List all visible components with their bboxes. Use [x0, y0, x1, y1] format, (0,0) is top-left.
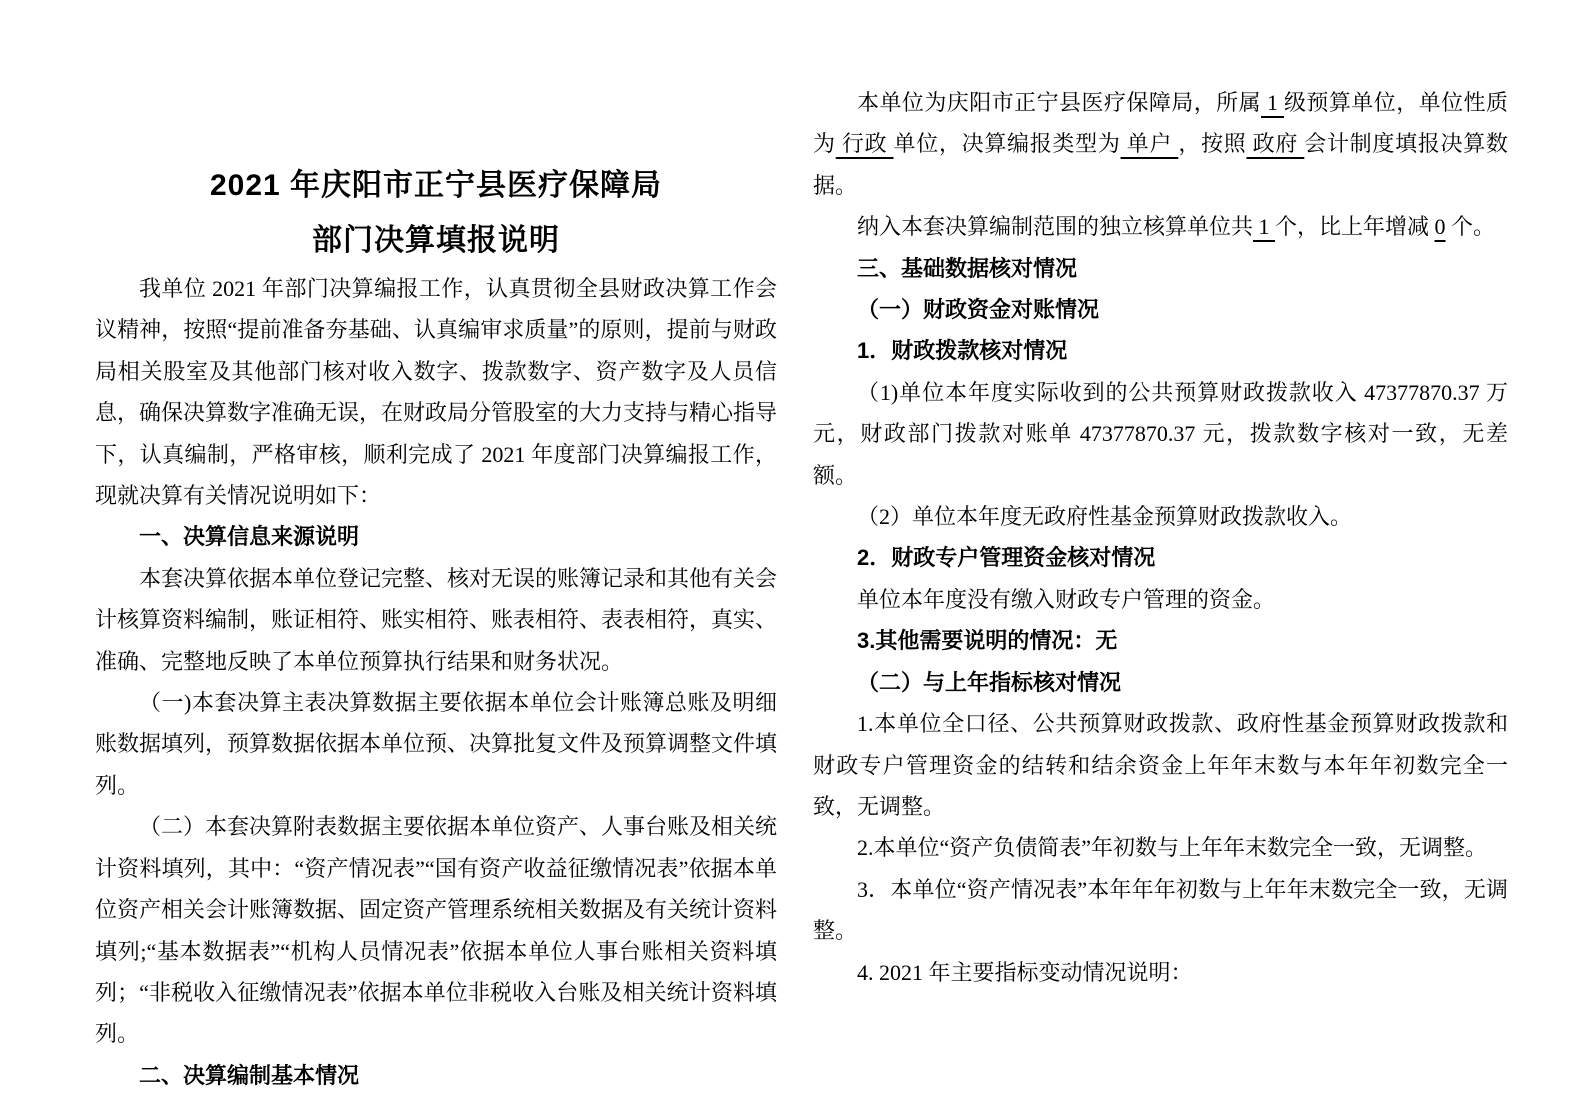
underlined-value-accounting-system: 政府: [1246, 131, 1304, 156]
subheading-fiscal-check: 1．财政拨款核对情况: [813, 330, 1508, 371]
text-segment: 纳入本套决算编制范围的独立核算单位共: [857, 214, 1253, 239]
subsection-heading-3-2: （二）与上年指标核对情况: [813, 662, 1508, 703]
fiscal-paragraph-1: （1)单位本年度实际收到的公共预算财政拨款收入 47377870.37 万元，财…: [813, 372, 1508, 496]
prev-year-paragraph-2: 2.本单位“资产负债简表”年初数与上年年末数完全一致，无调整。: [813, 827, 1508, 868]
text-segment: 本单位为庆阳市正宁县医疗保障局，所属: [857, 90, 1261, 115]
scope-paragraph: 纳入本套决算编制范围的独立核算单位共 1 个，比上年增减 0 个。: [813, 206, 1508, 247]
unit-info-paragraph: 本单位为庆阳市正宁县医疗保障局，所属 1 级预算单位，单位性质为 行政 单位，决…: [813, 82, 1508, 206]
source-paragraph-1: 本套决算依据本单位登记完整、核对无误的账簿记录和其他有关会计核算资料编制，账证相…: [95, 558, 777, 682]
subsection-heading-3-1: （一）财政资金对账情况: [813, 289, 1508, 330]
prev-year-paragraph-1: 1.本单位全口径、公共预算财政拨款、政府性基金预算财政拨款和财政专户管理资金的结…: [813, 703, 1508, 827]
intro-paragraph: 我单位 2021 年部门决算编报工作，认真贯彻全县财政决算工作会议精神，按照“提…: [95, 268, 777, 516]
underlined-value-report-type: 单户: [1121, 131, 1179, 156]
source-paragraph-3: （二）本套决算附表数据主要依据本单位资产、人事台账及相关统计资料填列，其中：“资…: [95, 806, 777, 1054]
text-segment: ，按照: [1178, 131, 1246, 156]
subheading-special-account: 2．财政专户管理资金核对情况: [813, 537, 1508, 578]
prev-year-paragraph-4: 4. 2021 年主要指标变动情况说明：: [813, 952, 1508, 993]
document-page: 2021 年庆阳市正宁县医疗保障局 部门决算填报说明 我单位 2021 年部门决…: [0, 0, 1588, 1108]
prev-year-paragraph-3: 3．本单位“资产情况表”本年年年初数与上年年末数完全一致，无调整。: [813, 869, 1508, 952]
source-paragraph-2: （一)本套决算主表决算数据主要依据本单位会计账簿总账及明细账数据填列，预算数据依…: [95, 682, 777, 806]
underlined-value-nature: 行政: [836, 131, 894, 156]
right-column: 本单位为庆阳市正宁县医疗保障局，所属 1 级预算单位，单位性质为 行政 单位，决…: [813, 82, 1508, 993]
fiscal-paragraph-2: （2）单位本年度无政府性基金预算财政拨款收入。: [813, 496, 1508, 537]
underlined-value-unit-count: 1: [1253, 214, 1275, 239]
section-heading-2: 二、决算编制基本情况: [95, 1055, 777, 1096]
section-heading-1: 一、决算信息来源说明: [95, 516, 777, 557]
underlined-value-level: 1: [1261, 90, 1284, 115]
document-title-line1: 2021 年庆阳市正宁县医疗保障局: [95, 158, 777, 213]
underlined-value-change-count: 0: [1435, 214, 1446, 239]
left-column: 2021 年庆阳市正宁县医疗保障局 部门决算填报说明 我单位 2021 年部门决…: [95, 158, 777, 1096]
subheading-other-notes: 3.其他需要说明的情况：无: [813, 620, 1508, 661]
special-account-paragraph: 单位本年度没有缴入财政专户管理的资金。: [813, 579, 1508, 620]
section-heading-3: 三、基础数据核对情况: [813, 248, 1508, 289]
document-title-line2: 部门决算填报说明: [95, 213, 777, 268]
text-segment: 个，比上年增减: [1275, 214, 1435, 239]
text-segment: 单位，决算编报类型为: [894, 131, 1121, 156]
text-segment: 个。: [1446, 214, 1496, 239]
